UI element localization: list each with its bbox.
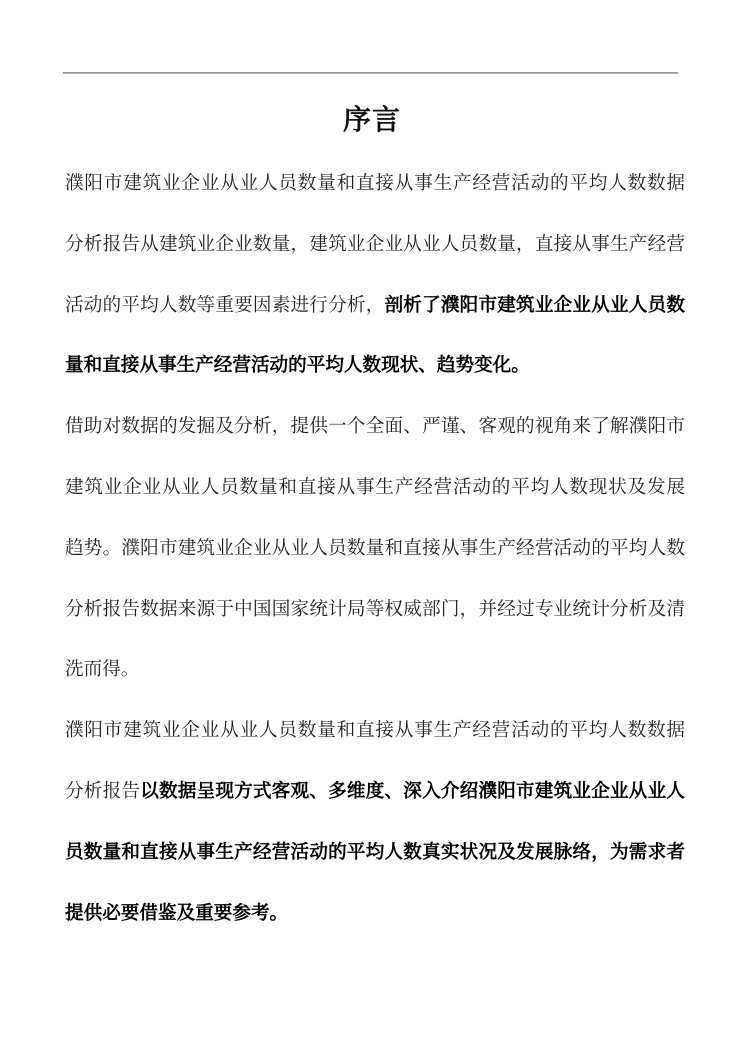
text-segment-bold: 员数量和直接从事生产经营活动的平均人数真实状况及发展脉络，为需求者 <box>65 842 685 863</box>
text-segment-bold: 量和直接从事生产经营活动的平均人数现状、趋势变化。 <box>65 355 530 376</box>
text-segment-bold: 剖析了濮阳市建筑业企业从业人员数 <box>384 295 685 316</box>
text-segment: 濮阳市建筑业企业从业人员数量和直接从事生产经营活动的平均人数数据 <box>65 173 685 194</box>
paragraph-2-line-4: 分析报告数据来源于中国国家统计局等权威部门，并经过专业统计分析及清 <box>65 580 685 641</box>
text-segment: 借助对数据的发掘及分析，提供一个全面、严谨、客观的视角来了解濮阳市 <box>65 416 685 437</box>
text-segment-bold: 提供必要借鉴及重要参考。 <box>65 903 288 924</box>
text-segment: 趋势。濮阳市建筑业企业从业人员数量和直接从事生产经营活动的平均人数 <box>65 538 685 559</box>
text-segment: 分析报告从建筑业企业数量，建筑业企业从业人员数量，直接从事生产经营 <box>65 234 685 255</box>
paragraph-2-line-2: 建筑业企业从业人员数量和直接从事生产经营活动的平均人数现状及发展 <box>65 458 685 519</box>
paragraph-3-line-1: 濮阳市建筑业企业从业人员数量和直接从事生产经营活动的平均人数数据 <box>65 701 685 762</box>
text-segment: 濮阳市建筑业企业从业人员数量和直接从事生产经营活动的平均人数数据 <box>65 720 685 741</box>
text-segment: 建筑业企业从业人员数量和直接从事生产经营活动的平均人数现状及发展 <box>65 477 685 498</box>
paragraph-3-line-2: 分析报告以数据呈现方式客观、多维度、深入介绍濮阳市建筑业企业从业人 <box>65 762 685 823</box>
document-body: 濮阳市建筑业企业从业人员数量和直接从事生产经营活动的平均人数数据 分析报告从建筑… <box>65 154 685 944</box>
paragraph-2-line-3: 趋势。濮阳市建筑业企业从业人员数量和直接从事生产经营活动的平均人数 <box>65 519 685 580</box>
paragraph-1-line-2: 分析报告从建筑业企业数量，建筑业企业从业人员数量，直接从事生产经营 <box>65 215 685 276</box>
paragraph-1-line-3: 活动的平均人数等重要因素进行分析，剖析了濮阳市建筑业企业从业人员数 <box>65 276 685 337</box>
paragraph-3-line-4: 提供必要借鉴及重要参考。 <box>65 884 685 945</box>
document-title: 序言 <box>0 104 744 136</box>
document-page: 序言 濮阳市建筑业企业从业人员数量和直接从事生产经营活动的平均人数数据 分析报告… <box>0 0 744 1052</box>
paragraph-2-line-5: 洗而得。 <box>65 640 685 701</box>
paragraph-1-line-1: 濮阳市建筑业企业从业人员数量和直接从事生产经营活动的平均人数数据 <box>65 154 685 215</box>
text-segment: 活动的平均人数等重要因素进行分析， <box>65 295 384 316</box>
text-segment: 洗而得。 <box>65 659 139 680</box>
text-segment-bold: 以数据呈现方式客观、多维度、深入介绍濮阳市建筑业企业从业人 <box>140 781 685 802</box>
text-segment: 分析报告数据来源于中国国家统计局等权威部门，并经过专业统计分析及清 <box>65 599 685 620</box>
paragraph-3-line-3: 员数量和直接从事生产经营活动的平均人数真实状况及发展脉络，为需求者 <box>65 823 685 884</box>
paragraph-1-line-4: 量和直接从事生产经营活动的平均人数现状、趋势变化。 <box>65 336 685 397</box>
header-divider-line <box>63 72 678 74</box>
paragraph-2-line-1: 借助对数据的发掘及分析，提供一个全面、严谨、客观的视角来了解濮阳市 <box>65 397 685 458</box>
text-segment: 分析报告 <box>65 781 140 802</box>
